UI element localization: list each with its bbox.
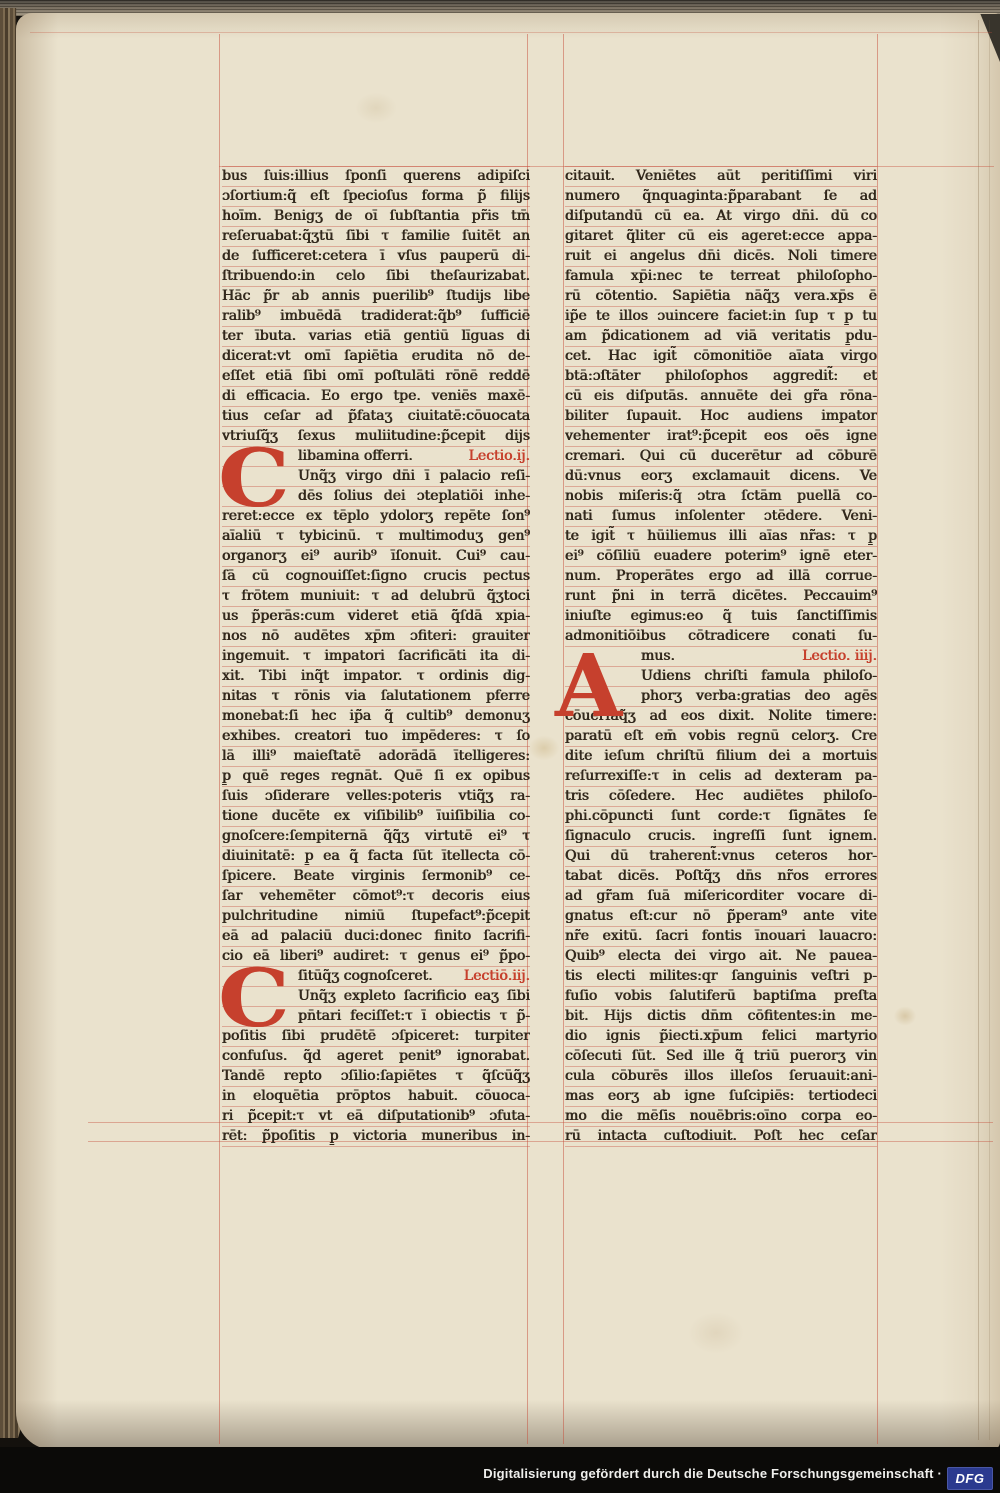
text-line: Tandē repto ɔſilio:ſapiētes τ q̃ſcūq̃ʒ	[222, 1066, 530, 1086]
ruling-horizontal-top	[30, 32, 992, 33]
text-line: mo die mēſis nouēbris:oīno corpa eo-	[565, 1106, 877, 1126]
text-line: ter ībuta. varias etiā gentiū līguas di	[222, 326, 530, 346]
text-line: ruit ei angelus dn̄i dicēs. Noli timere	[565, 246, 877, 266]
text-line: ſā cū cognouiſſet:ſigno crucis pectus	[222, 566, 530, 586]
text-line: nos nō audētes xp̄m ɔfiteri: grauiter	[222, 626, 530, 646]
text-line: cū eis diſputās. annuēte dei gr̃a rōna-	[565, 386, 877, 406]
text-line: reſurrexiſſe:τ in celis ad dexteram pa-	[565, 766, 877, 786]
text-line: iniuſte egimus:eo q̃ tuis ſanctiſſimis	[565, 606, 877, 626]
text-line: ſpicere. Beate virginis ſermonib⁹ ce-	[222, 866, 530, 886]
text-line: ingemuit. τ impatori ſacrificāti ita di-	[222, 646, 530, 666]
text-line: exhibes. creatori tuo impēderes: τ ſo	[222, 726, 530, 746]
text-line: xit. Tibi inq̃t impator. τ ordinis dig-	[222, 666, 530, 686]
text-line: bit. Hijs dictis dn̄m cōfitentes:in me-	[565, 1006, 877, 1026]
text-run: ſitūq̃ʒ cognoſceret.	[298, 966, 433, 986]
text-line: confuſus. q̃d ageret penit⁹ ignorabat.	[222, 1046, 530, 1066]
ruling-vertical-right-margin	[877, 34, 878, 1444]
text-line: ad gr̃am ſuā miſericorditer vocare di-	[565, 886, 877, 906]
text-line: ſuis ɔſiderare velles:poteris vtiq̃ʒ ra-	[222, 786, 530, 806]
text-line: num. Properātes ergo ad illā corrue-	[565, 566, 877, 586]
lombard-initial: C	[218, 958, 289, 1038]
text-line: numero q̃nquaginta:p̃parabant ſe ad	[565, 186, 877, 206]
text-line: ſtribuendo:in celo ſibi theſaurizabat.	[222, 266, 530, 286]
text-line: us p̃perās:cum videret etiā q̃ſdā xpia-	[222, 606, 530, 626]
ruling-vertical-gutter-2	[563, 34, 564, 1444]
text-line: tione ducēte ex viſibilib⁹ īuiſibilia co…	[222, 806, 530, 826]
text-line: Quib⁹ electa dei virgo ait. Ne pauea-	[565, 946, 877, 966]
text-line: lā illi⁹ maieſtatē adorādā ītelligeres:	[222, 746, 530, 766]
text-column-right: citauit. Veniētes aūt peritiſſimi virinu…	[565, 166, 877, 1147]
text-line: tis electi milites:qr ſanguinis veſtri p…	[565, 966, 877, 986]
text-line: ſar vehemēter cōmot⁹:τ decoris eius	[222, 886, 530, 906]
text-line: ri p̃cepit:τ vt eā diſputationib⁹ ɔfuta-	[222, 1106, 530, 1126]
text-line: tris cōſedere. Hec audiētes philoſo-	[565, 786, 877, 806]
text-line: rū intacta cuſtodiuit. Poſt hec ceſar	[565, 1126, 877, 1146]
text-column-left: bus ſuis:illius ſponſi querens adipiſciɔ…	[222, 166, 530, 1147]
text-line: τ frōtem muniuit: τ ad delubrū q̃ʒtoci	[222, 586, 530, 606]
text-line: te igit̃ τ hūiliemus illi aīas nr̃as: τ …	[565, 526, 877, 546]
text-line: gnoſcere:ſempiternā q̃q̃ʒ virtutē ei⁹ τ	[222, 826, 530, 846]
text-line: am p̃dicationem ad viā veritatis p̱du-	[565, 326, 877, 346]
dfg-logo: DFG	[947, 1467, 993, 1490]
text-line: dite ieſum chriſtū filium dei a mortuis	[565, 746, 877, 766]
text-line: citauit. Veniētes aūt peritiſſimi viri	[565, 166, 877, 186]
text-line: dū:vnus eorʒ exclamauit dicens. Ve	[565, 466, 877, 486]
text-line: vehementer irat⁹:p̃cepit eos oēs igne	[565, 426, 877, 446]
text-line: ip̃e te illos ɔuincere faciet:in ſup τ p…	[565, 306, 877, 326]
text-line: nati ſumus inſolenter ɔtēdere. Veni-	[565, 506, 877, 526]
text-line: organorʒ ei⁹ aurib⁹ īſonuit. Cui⁹ cau-	[222, 546, 530, 566]
text-line: rū cōtentio. Sapiētia nāq̃ʒ vera.xp̄s ē	[565, 286, 877, 306]
text-line: fuſio vobis ſalutiferū baptiſma preſta	[565, 986, 877, 1006]
text-line: gitaret q̃liter cū eis ageret:ecce appa-	[565, 226, 877, 246]
digitized-book-photo: bus ſuis:illius ſponſi querens adipiſciɔ…	[0, 0, 1000, 1493]
lombard-initial: C	[218, 438, 289, 518]
page-crease-line	[989, 20, 990, 1440]
lombard-initial: A	[555, 644, 622, 730]
text-line: monebat:ſi hec ip̃a q̃ cultib⁹ demonuʒ	[222, 706, 530, 726]
text-run: libamina offerri.	[298, 446, 413, 466]
text-run: mus.	[641, 646, 675, 666]
text-line: btā:ɔſtāter philoſophos aggredit̃: et	[565, 366, 877, 386]
text-line: eā ad palaciū duci:donec finito ſacrifi-	[222, 926, 530, 946]
text-line: reſeruabat:q̃ʒtū ſibi τ familie ſuitēt a…	[222, 226, 530, 246]
text-line: Qui dū traherent̃:vnus ceteros hor-	[565, 846, 877, 866]
text-line: nitas τ rōnis via ſalutationem pferre	[222, 686, 530, 706]
text-line: aīaliū τ tybicinū. τ multimoduʒ gen⁹	[222, 526, 530, 546]
text-line: eſſet etiā ſibi omī poſtulāti rōnē reddē	[222, 366, 530, 386]
text-line: rēt: p̃poſitis p̱ victoria muneribus in-	[222, 1126, 530, 1146]
text-line: pulchritudine nimiū ſtupefact⁹:p̃cepit	[222, 906, 530, 926]
text-line: hoīm. Benigʒ de oī ſubſtantia pr̃is tm̄	[222, 206, 530, 226]
text-line: cula cōburēs illos illeſos ſeruauit:ani-	[565, 1066, 877, 1086]
text-line: diſputandū cū ea. At virgo dn̄i. dū co	[565, 206, 877, 226]
text-line: in eloquētia prōptos habuit. cōuoca-	[222, 1086, 530, 1106]
text-line: di efficacia. Eo ergo tpe. veniēs maxē-	[222, 386, 530, 406]
text-line: gnatus eſt:cur nō p̃peram⁹ ante vite	[565, 906, 877, 926]
text-line: diuinitatē: p̱ ea q̃ facta ſūt ītellecta…	[222, 846, 530, 866]
text-line: famula xp̄i:nec te terreat philoſopho-	[565, 266, 877, 286]
text-line: cet. Hac igit̃ cōmonitiōe aīata virgo	[565, 346, 877, 366]
text-line: bus ſuis:illius ſponſi querens adipiſci	[222, 166, 530, 186]
text-line: cōſecuti ſūt. Sed ille q̃ triū puerorʒ v…	[565, 1046, 877, 1066]
lectio-rubric: Lectiō.iij.	[464, 966, 530, 986]
text-line: dio ignis p̃iecti.xp̄um felici martyrio	[565, 1026, 877, 1046]
ruling-vertical-left-margin	[219, 34, 220, 1444]
text-line: ralib⁹ imbuēdā tradiderat:q̃b⁹ ſufficiē	[222, 306, 530, 326]
lectio-rubric: Lectio. iiij.	[802, 646, 877, 666]
text-line: ei⁹ cōſiliū euadere poterim⁹ ignē eter-	[565, 546, 877, 566]
digitization-caption: Digitalisierung gefördert durch die Deut…	[483, 1466, 942, 1481]
text-line: cremari. Qui cū ducerētur ad cōburē	[565, 446, 877, 466]
page-crease-line	[978, 20, 979, 1440]
text-line: mas eorʒ ab igne ſuſcipiēs: tertiodeci	[565, 1086, 877, 1106]
text-line: ɔſortium:q̃ eſt ſpecioſus forma p̃ filij…	[222, 186, 530, 206]
text-line: dicerat:vt omī ſapiētia erudita nō de-	[222, 346, 530, 366]
text-line: phi.cōpuncti ſunt corde:τ ſignātes ſe	[565, 806, 877, 826]
text-line: Hāc p̃r ab annis puerilib⁹ ſtudijs libe	[222, 286, 530, 306]
text-line: p̱ quē reges regnāt. Quē ſi ex opibus	[222, 766, 530, 786]
text-line: biliter ſupauit. Hoc audiens impator	[565, 406, 877, 426]
text-line: de ſufficeret:cetera ī vſus pauperū di-	[222, 246, 530, 266]
text-line: nobis miſeris:q̃ ɔtra ſctām puellā co-	[565, 486, 877, 506]
text-line: nr̃e exitū. ſacri fontis īnouari lauacro…	[565, 926, 877, 946]
text-line: ſignaculo crucis. ingreſſi ſunt ignem.	[565, 826, 877, 846]
text-line: tabat dicēs. Poſtq̃ʒ dn̄s nr̃os errores	[565, 866, 877, 886]
text-line: tius ceſar ad p̃fataʒ ciuitatē:cōuocata	[222, 406, 530, 426]
lectio-rubric: Lectio.ij.	[469, 446, 530, 466]
text-line: runt p̃ni in terrā dicētes. Peccauim⁹	[565, 586, 877, 606]
